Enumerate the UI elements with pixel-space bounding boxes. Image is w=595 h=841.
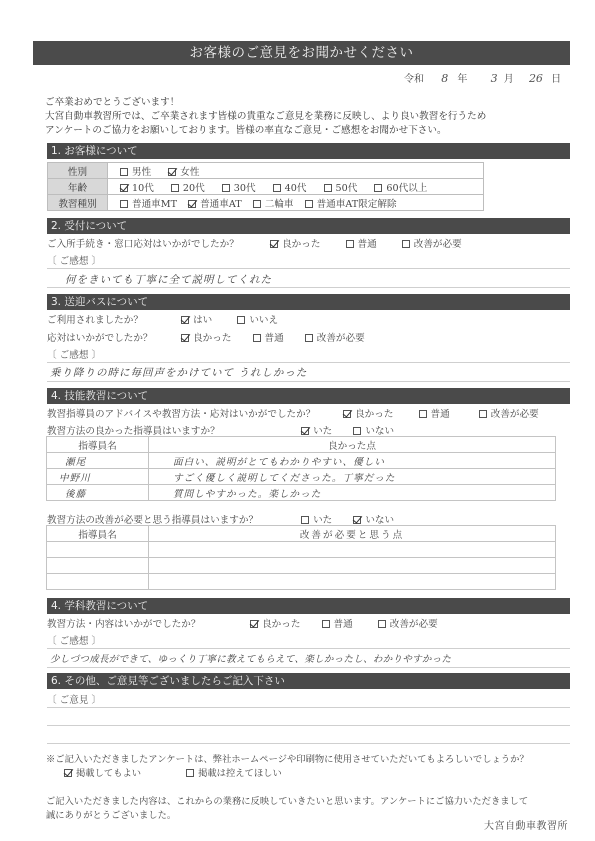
survey-title: お客様のご意見をお聞かせください xyxy=(33,41,570,65)
checkbox-unchecked[interactable] xyxy=(346,240,354,248)
bus-comment[interactable]: 乗り降りの時に毎回声をかけていて うれしかった xyxy=(50,365,307,380)
closing-message: ご記入いただきました内容は、これからの業務に反映していきたいと思います。アンケー… xyxy=(46,795,528,822)
bus-used-question: ご利用されましたか？ はい いいえ xyxy=(47,312,292,326)
checkbox-checked[interactable] xyxy=(353,516,361,524)
improvement-point-cell[interactable] xyxy=(149,574,556,590)
instructor-service-question: 教習指導員のアドバイスや教習方法・応対はいかがでしたか？ 良かった 普通 改善が… xyxy=(47,406,553,420)
checkbox-unchecked[interactable] xyxy=(301,516,309,524)
other-comment-line-1[interactable] xyxy=(47,707,570,708)
option-10s[interactable]: 10代 xyxy=(120,180,154,194)
bus-used-no[interactable]: いいえ xyxy=(237,312,278,326)
school-signature: 大宮自動車教習所 xyxy=(484,817,568,832)
intro-text: ご卒業おめでとうございます！ 大宮自動車教習所では、ご卒業されます皆様の貴重なご… xyxy=(45,96,486,139)
improvement-point-cell[interactable] xyxy=(149,558,556,574)
instructor-name-cell[interactable]: 中野川 xyxy=(47,469,149,485)
checkbox-unchecked[interactable] xyxy=(237,316,245,324)
intro-line-2: 大宮自動車教習所では、ご卒業されます皆様の貴重なご意見を業務に反映し、より良い教… xyxy=(45,110,486,124)
academic-normal[interactable]: 普通 xyxy=(322,616,353,630)
checkbox-unchecked[interactable] xyxy=(374,184,382,192)
publish-allowed[interactable]: 掲載してもよい xyxy=(64,767,141,781)
good-point-cell[interactable]: 面白い、説明がとてもわかりやすい、優しい xyxy=(149,453,556,469)
table-row: 後藤 質問しやすかった。楽しかった xyxy=(47,485,556,501)
course-type-row: 教習種別 普通車MT 普通車AT 二輪車 普通車AT限定解除 xyxy=(48,195,484,211)
col-instructor-name: 指導員名 xyxy=(47,526,149,542)
checkbox-unchecked[interactable] xyxy=(305,334,313,342)
checkbox-checked[interactable] xyxy=(301,427,309,435)
good-instructor-question: 教習方法の良かった指導員はいますか？ いた いない xyxy=(47,423,408,437)
reception-comment-label: 〔 ご感想 〕 xyxy=(47,253,101,267)
publish-consent: ※ご記入いただきましたアンケートは、弊社ホームページや印刷物に使用させていただい… xyxy=(46,753,529,781)
divider xyxy=(47,648,570,649)
table-row xyxy=(47,542,556,558)
checkbox-unchecked[interactable] xyxy=(120,168,128,176)
section-4-header: 4. 技能教習について xyxy=(47,388,570,404)
date-month-unit: 月 xyxy=(504,70,514,85)
divider xyxy=(47,287,570,288)
instructor-name-cell[interactable] xyxy=(47,542,149,558)
reception-normal[interactable]: 普通 xyxy=(346,236,377,250)
improve-instructor-no[interactable]: いない xyxy=(353,512,394,526)
instructor-normal[interactable]: 普通 xyxy=(419,406,450,420)
table-row xyxy=(47,574,556,590)
option-50s[interactable]: 50代 xyxy=(324,180,358,194)
instructor-good[interactable]: 良かった xyxy=(343,406,393,420)
improve-instructor-question: 教習方法の改善が必要と思う指導員はいますか？ いた いない xyxy=(47,512,408,526)
bus-service-needs-improvement[interactable]: 改善が必要 xyxy=(305,330,365,344)
publish-question: ※ご記入いただきましたアンケートは、弊社ホームページや印刷物に使用させていただい… xyxy=(46,753,529,767)
col-instructor-name: 指導員名 xyxy=(47,437,149,453)
date-day-unit: 日 xyxy=(551,70,561,85)
reception-needs-improvement[interactable]: 改善が必要 xyxy=(402,236,462,250)
closing-line-1: ご記入いただきました内容は、これからの業務に反映していきたいと思います。アンケー… xyxy=(46,795,528,809)
academic-question: 教習方法・内容はいかがでしたか？ 良かった 普通 改善が必要 xyxy=(47,616,452,630)
option-at-limit-release[interactable]: 普通車AT限定解除 xyxy=(305,196,397,210)
checkbox-unchecked[interactable] xyxy=(222,184,230,192)
reception-comment[interactable]: 何をきいても丁寧に全て説明してくれた xyxy=(65,272,272,287)
age-label: 年齢 xyxy=(48,179,108,195)
section-3-header: 3. 送迎バスについて xyxy=(47,294,570,310)
checkbox-unchecked[interactable] xyxy=(186,769,194,777)
gender-row: 性別 男性 女性 xyxy=(48,163,484,179)
academic-comment-label: 〔 ご感想 〕 xyxy=(47,633,101,647)
checkbox-checked[interactable] xyxy=(120,184,128,192)
checkbox-unchecked[interactable] xyxy=(171,184,179,192)
customer-info-table: 性別 男性 女性 年齢 10代 20代 30代 40代 50代 60代以上 教習… xyxy=(47,162,484,211)
good-instructor-table: 指導員名 良かった点 瀬尾 面白い、説明がとてもわかりやすい、優しい 中野川 す… xyxy=(46,436,556,501)
checkbox-checked[interactable] xyxy=(270,240,278,248)
bus-used-yes[interactable]: はい xyxy=(181,312,212,326)
instructor-name-cell[interactable] xyxy=(47,558,149,574)
option-at[interactable]: 普通車AT xyxy=(188,196,242,210)
checkbox-unchecked[interactable] xyxy=(253,334,261,342)
section-1-header: 1. お客様について xyxy=(47,143,570,159)
divider xyxy=(47,667,570,668)
option-40s[interactable]: 40代 xyxy=(273,180,307,194)
checkbox-unchecked[interactable] xyxy=(120,200,128,208)
divider xyxy=(47,268,570,269)
option-motorcycle[interactable]: 二輪車 xyxy=(253,196,294,210)
option-mt[interactable]: 普通車MT xyxy=(120,196,177,210)
divider xyxy=(47,362,570,363)
other-comment-line-2[interactable] xyxy=(47,725,570,726)
bus-service-normal[interactable]: 普通 xyxy=(253,330,284,344)
improve-instructor-yes[interactable]: いた xyxy=(301,512,332,526)
checkbox-unchecked[interactable] xyxy=(353,427,361,435)
checkbox-unchecked[interactable] xyxy=(253,200,261,208)
date-month[interactable]: 3 xyxy=(491,72,498,85)
checkbox-unchecked[interactable] xyxy=(322,620,330,628)
bus-service-good[interactable]: 良かった xyxy=(181,330,231,344)
academic-good[interactable]: 良かった xyxy=(250,616,300,630)
checkbox-checked[interactable] xyxy=(64,769,72,777)
checkbox-unchecked[interactable] xyxy=(324,184,332,192)
option-male[interactable]: 男性 xyxy=(120,164,151,178)
other-comment-label: 〔 ご意見 〕 xyxy=(47,692,101,706)
good-instructor-yes[interactable]: いた xyxy=(301,423,332,437)
section-5-header: 4. 学科教習について xyxy=(47,598,570,614)
good-instructor-no[interactable]: いない xyxy=(353,423,394,437)
option-female[interactable]: 女性 xyxy=(168,164,199,178)
instructor-needs-improvement[interactable]: 改善が必要 xyxy=(479,406,539,420)
date-line: 令和 8 年 3 月 26 日 xyxy=(404,70,561,85)
section-6-header: 6. その他、ご意見等ございましたらご記入下さい xyxy=(47,673,570,689)
age-row: 年齢 10代 20代 30代 40代 50代 60代以上 xyxy=(48,179,484,195)
closing-line-2: 誠にありがとうございました。 xyxy=(46,809,528,823)
option-30s[interactable]: 30代 xyxy=(222,180,256,194)
publish-declined[interactable]: 掲載は控えてほしい xyxy=(186,767,282,781)
checkbox-unchecked[interactable] xyxy=(273,184,281,192)
section-2-header: 2. 受付について xyxy=(47,218,570,234)
table-row xyxy=(47,558,556,574)
reception-question: ご入所手続き・窓口応対はいかがでしたか？ 良かった 普通 改善が必要 xyxy=(47,236,476,250)
table-row: 瀬尾 面白い、説明がとてもわかりやすい、優しい xyxy=(47,453,556,469)
reception-good[interactable]: 良かった xyxy=(270,236,320,250)
date-day[interactable]: 26 xyxy=(529,72,543,85)
checkbox-checked[interactable] xyxy=(168,168,176,176)
checkbox-checked[interactable] xyxy=(188,200,196,208)
col-good-points: 良かった点 xyxy=(149,437,556,453)
date-era: 令和 xyxy=(404,70,424,85)
instructor-name-cell[interactable]: 後藤 xyxy=(47,485,149,501)
good-point-cell[interactable]: 質問しやすかった。楽しかった xyxy=(149,485,556,501)
checkbox-unchecked[interactable] xyxy=(479,410,487,418)
instructor-name-cell[interactable]: 瀬尾 xyxy=(47,453,149,469)
academic-comment[interactable]: 少しづつ成長ができて、ゆっくり丁寧に教えてもらえて、楽しかったし、わかりやすかっ… xyxy=(50,651,451,665)
improve-instructor-table: 指導員名 改善が必要と思う点 xyxy=(46,525,556,590)
table-row: 中野川 すごく優しく説明してくださった。丁寧だった xyxy=(47,469,556,485)
table-header-row: 指導員名 良かった点 xyxy=(47,437,556,453)
date-year[interactable]: 8 xyxy=(441,72,448,85)
option-20s[interactable]: 20代 xyxy=(171,180,205,194)
bus-comment-label: 〔 ご感想 〕 xyxy=(47,347,101,361)
other-comment-line-3[interactable] xyxy=(47,743,570,744)
checkbox-unchecked[interactable] xyxy=(305,200,313,208)
checkbox-unchecked[interactable] xyxy=(378,620,386,628)
checkbox-checked[interactable] xyxy=(250,620,258,628)
checkbox-checked[interactable] xyxy=(181,316,189,324)
table-header-row: 指導員名 改善が必要と思う点 xyxy=(47,526,556,542)
checkbox-unchecked[interactable] xyxy=(402,240,410,248)
checkbox-checked[interactable] xyxy=(181,334,189,342)
checkbox-checked[interactable] xyxy=(343,410,351,418)
academic-needs-improvement[interactable]: 改善が必要 xyxy=(378,616,438,630)
gender-label: 性別 xyxy=(48,163,108,179)
good-point-cell[interactable]: すごく優しく説明してくださった。丁寧だった xyxy=(149,469,556,485)
checkbox-unchecked[interactable] xyxy=(419,410,427,418)
col-improvement-points: 改善が必要と思う点 xyxy=(149,526,556,542)
divider xyxy=(47,381,570,382)
course-type-label: 教習種別 xyxy=(48,195,108,211)
date-year-unit: 年 xyxy=(457,70,467,85)
option-60s-plus[interactable]: 60代以上 xyxy=(374,180,427,194)
intro-line-1: ご卒業おめでとうございます！ xyxy=(45,96,486,110)
bus-service-question: 応対はいかがでしたか？ 良かった 普通 改善が必要 xyxy=(47,330,379,344)
instructor-name-cell[interactable] xyxy=(47,574,149,590)
intro-line-3: アンケートのご協力をお願いしております。皆様の率直なご意見・ご感想をお聞かせ下さ… xyxy=(45,124,486,138)
improvement-point-cell[interactable] xyxy=(149,542,556,558)
